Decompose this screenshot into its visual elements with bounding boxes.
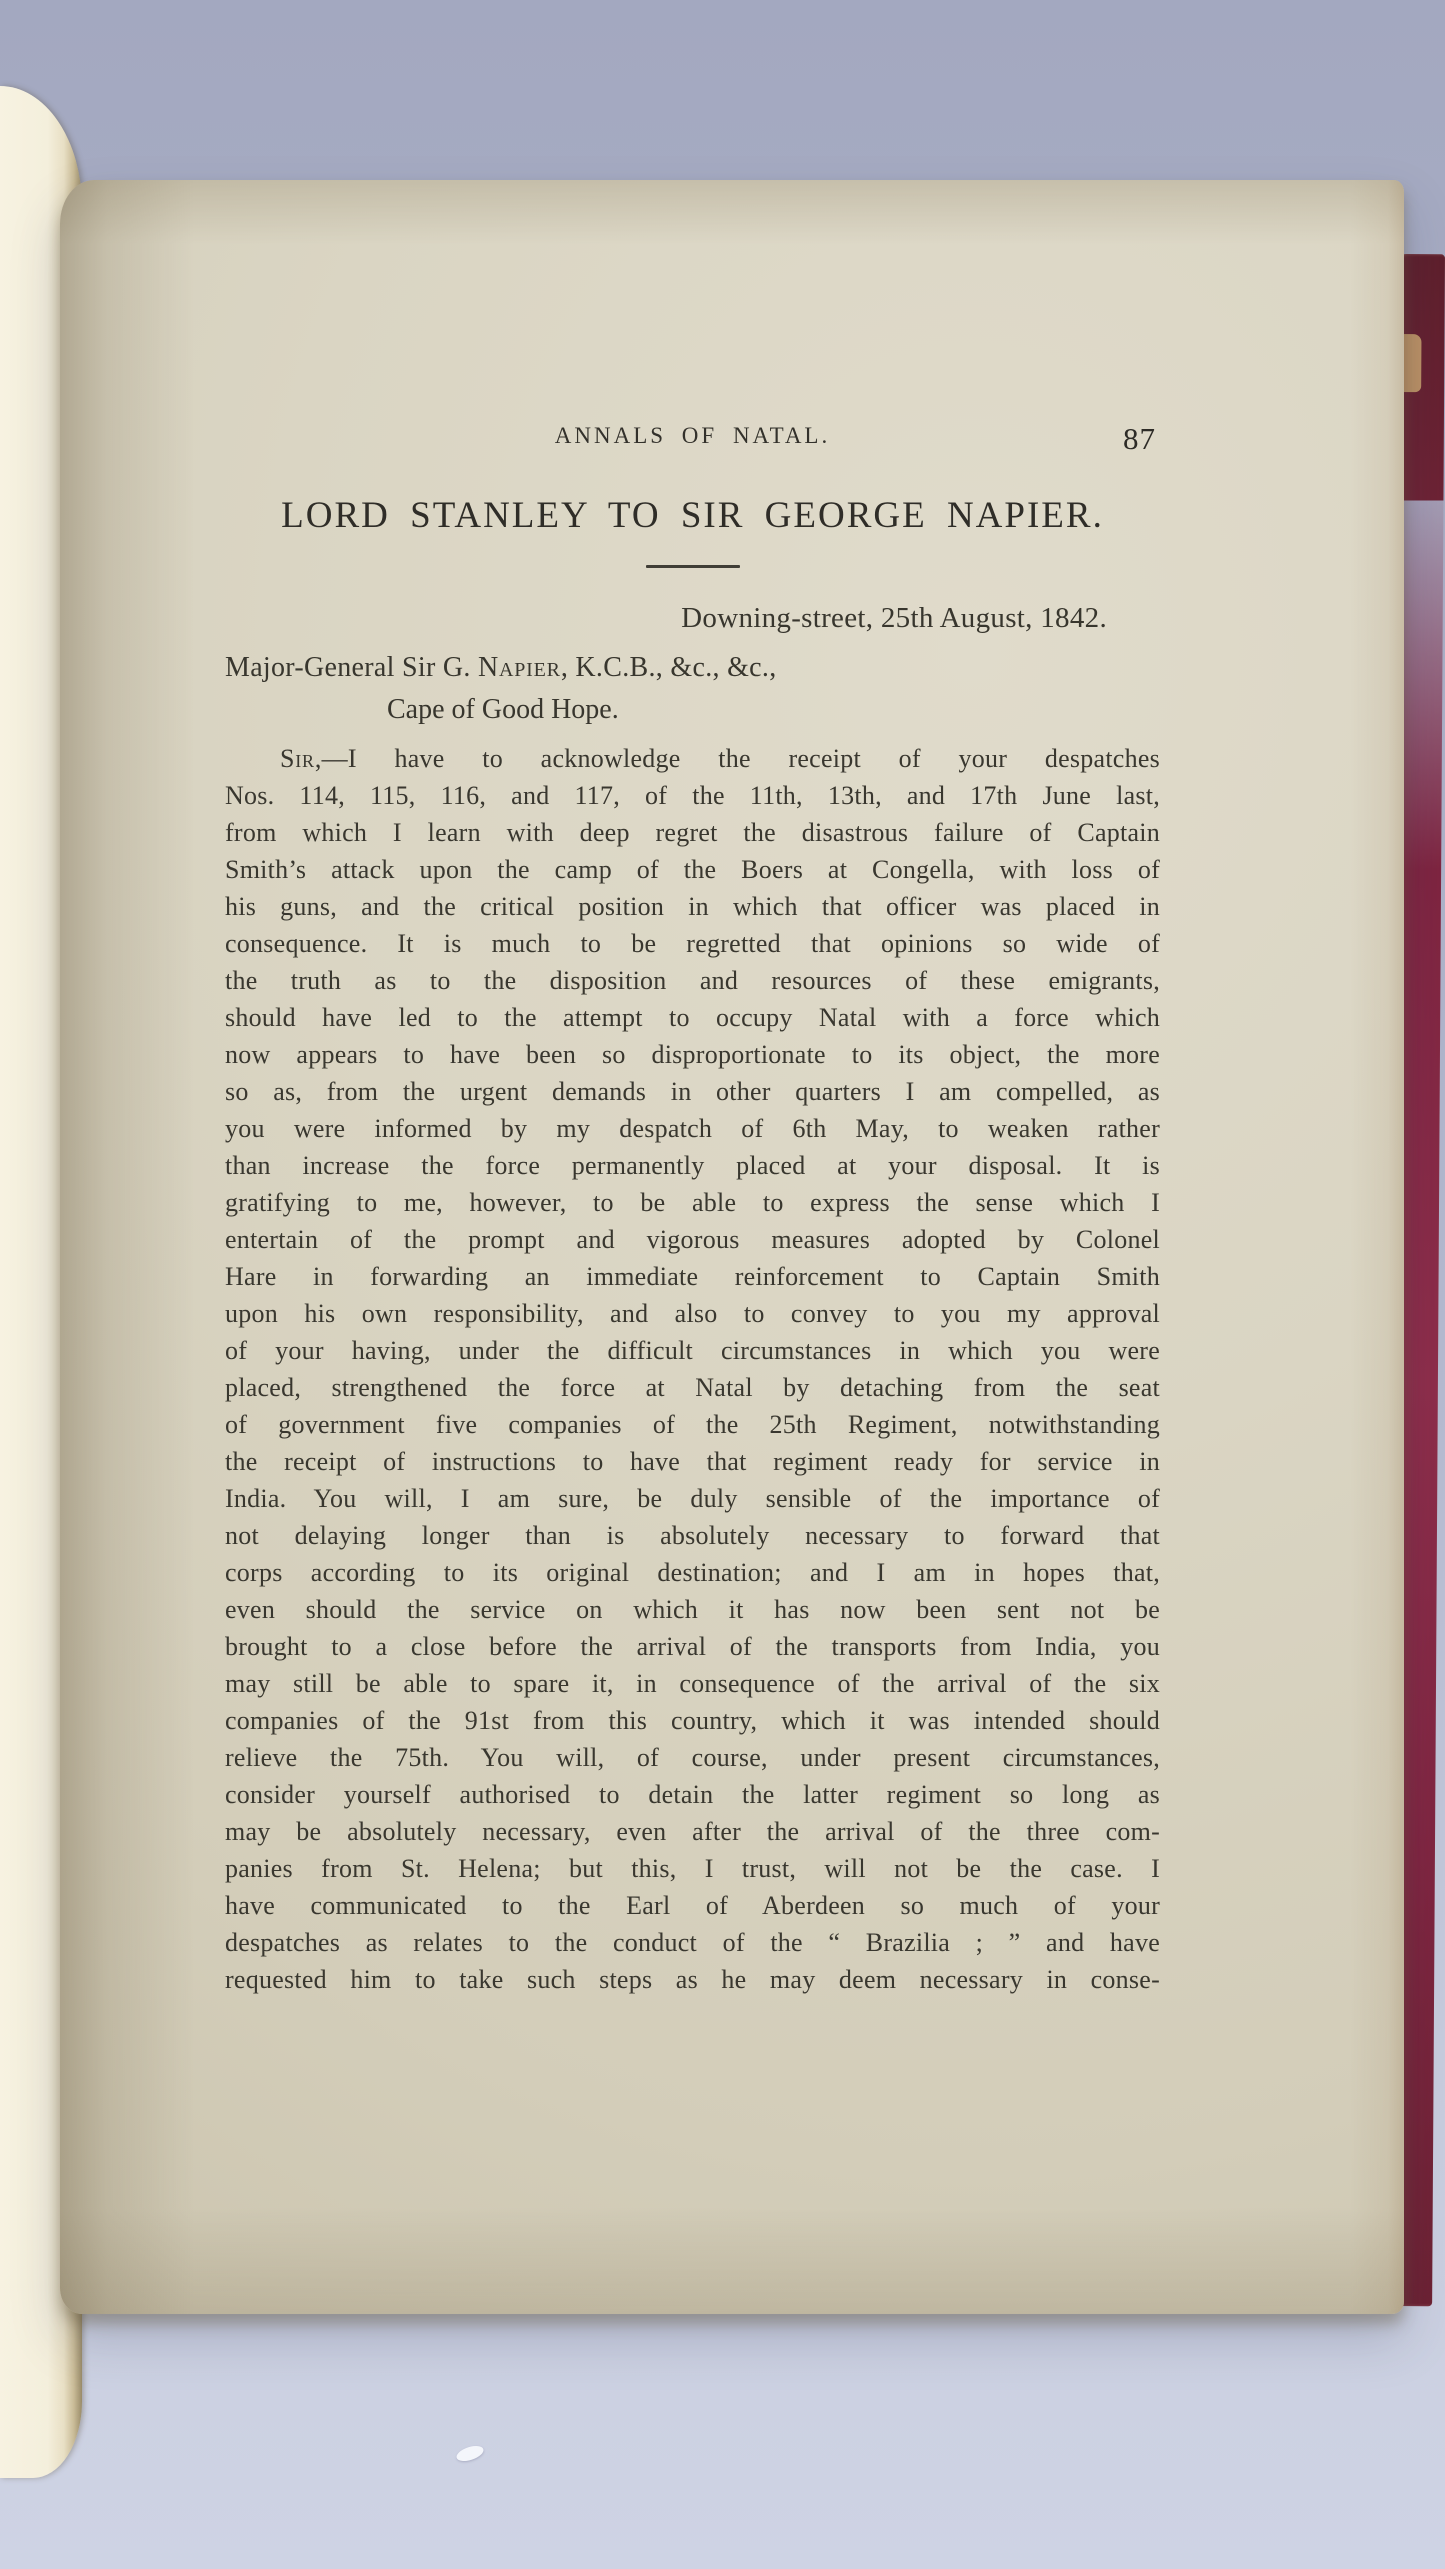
letter-body-line: consider yourself authorised to detain t…	[225, 1776, 1160, 1813]
letter-dateline: Downing-street, 25th August, 1842.	[681, 602, 1107, 635]
letter-body-line: consequence. It is much to be regretted …	[225, 925, 1160, 962]
letter-body-line: Smith’s attack upon the camp of the Boer…	[225, 851, 1160, 888]
book-page: ANNALS OF NATAL. 87 LORD STANLEY TO SIR …	[60, 180, 1404, 2314]
letter-body-line: may be absolutely necessary, even after …	[225, 1813, 1160, 1850]
letter-body-line: despatches as relates to the conduct of …	[225, 1924, 1160, 1961]
letter-body-line: have communicated to the Earl of Aberdee…	[225, 1887, 1160, 1924]
backdrop-speck	[455, 2443, 486, 2464]
letter-body-line: you were informed by my despatch of 6th …	[225, 1110, 1160, 1147]
running-header: ANNALS OF NATAL.	[225, 423, 1160, 449]
letter-body-line: even should the service on which it has …	[225, 1591, 1160, 1628]
letter-body-line: relieve the 75th. You will, of course, u…	[225, 1739, 1160, 1776]
letter-body-line: panies from St. Helena; but this, I trus…	[225, 1850, 1160, 1887]
addressee-pre: Major-General Sir G.	[225, 652, 478, 683]
section-title: LORD STANLEY TO SIR GEORGE NAPIER.	[225, 494, 1160, 537]
letter-body-line: entertain of the prompt and vigorous mea…	[225, 1221, 1160, 1258]
letter-body-line: the receipt of instructions to have that…	[225, 1443, 1160, 1480]
letter-body-line: brought to a close before the arrival of…	[225, 1628, 1160, 1665]
letter-body: Sir,—I have to acknowledge the receipt o…	[225, 740, 1160, 1998]
letter-body-line: requested him to take such steps as he m…	[225, 1961, 1160, 1998]
letter-body-line: upon his own responsibility, and also to…	[225, 1295, 1160, 1332]
letter-body-line: of government five companies of the 25th…	[225, 1406, 1160, 1443]
addressee-name-smallcaps: Napier	[478, 652, 561, 683]
title-divider-rule	[646, 565, 740, 568]
salutation-smallcaps: Sir	[280, 744, 315, 773]
letter-body-line: than increase the force permanently plac…	[225, 1147, 1160, 1184]
letter-body-line: companies of the 91st from this country,…	[225, 1702, 1160, 1739]
letter-body-line: placed, strengthened the force at Natal …	[225, 1369, 1160, 1406]
letter-body-line: so as, from the urgent demands in other …	[225, 1073, 1160, 1110]
addressee-post: , K.C.B., &c., &c.,	[561, 652, 777, 683]
letter-body-line: Sir,—I have to acknowledge the receipt o…	[225, 740, 1160, 777]
letter-body-line: should have led to the attempt to occupy…	[225, 999, 1160, 1036]
letter-addressee: Major-General Sir G. Napier, K.C.B., &c.…	[225, 652, 777, 684]
letter-body-line: now appears to have been so disproportio…	[225, 1036, 1160, 1073]
letter-body-line: Hare in forwarding an immediate reinforc…	[225, 1258, 1160, 1295]
letter-body-line: Nos. 114, 115, 116, and 117, of the 11th…	[225, 777, 1160, 814]
letter-body-line: the truth as to the disposition and reso…	[225, 962, 1160, 999]
letter-body-line: from which I learn with deep regret the …	[225, 814, 1160, 851]
book-photo: ANNALS OF NATAL. 87 LORD STANLEY TO SIR …	[0, 0, 1445, 2569]
letter-body-line: gratifying to me, however, to be able to…	[225, 1184, 1160, 1221]
letter-body-line: not delaying longer than is absolutely n…	[225, 1517, 1160, 1554]
letter-body-line: corps according to its original destinat…	[225, 1554, 1160, 1591]
letter-body-line: his guns, and the critical position in w…	[225, 888, 1160, 925]
letter-body-line: may still be able to spare it, in conseq…	[225, 1665, 1160, 1702]
page-number: 87	[1123, 421, 1156, 457]
letter-body-line: India. You will, I am sure, be duly sens…	[225, 1480, 1160, 1517]
letter-addressee-place: Cape of Good Hope.	[387, 694, 619, 726]
letter-body-line: of your having, under the difficult circ…	[225, 1332, 1160, 1369]
